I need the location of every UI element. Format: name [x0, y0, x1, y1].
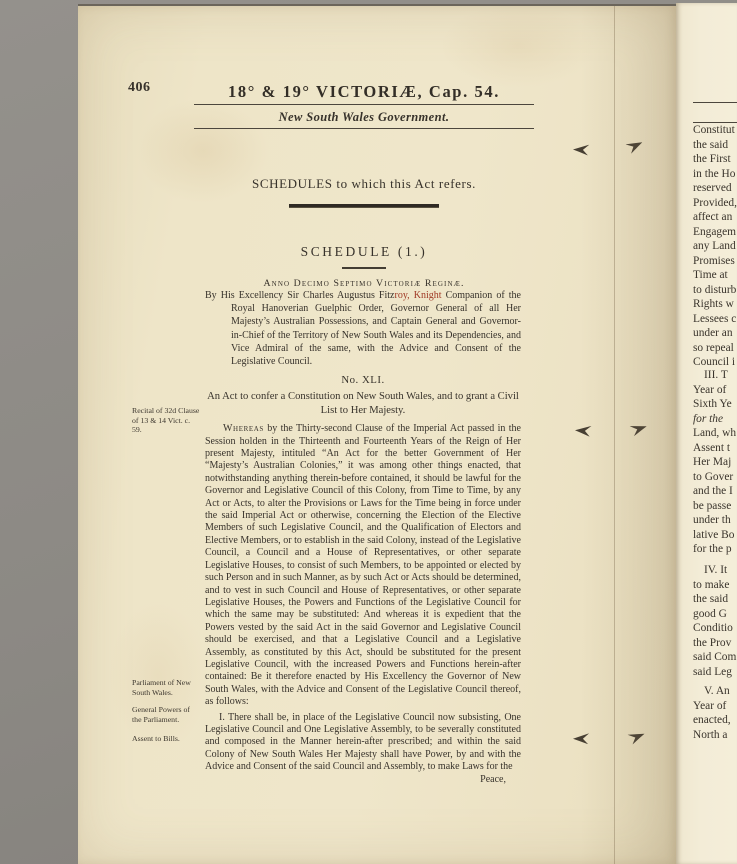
fitzroy-knight-red-text: roy, Knight [394, 290, 441, 301]
right-page-text-line: and the I [693, 484, 737, 499]
catchword: Peace, [205, 774, 521, 786]
page-fold-line [614, 6, 615, 864]
right-page-text-line: Engagem [693, 225, 737, 240]
schedule-heading-rule [342, 267, 386, 269]
left-page: 406 18° & 19° VICTORIÆ, Cap. 54. New Sou… [78, 4, 676, 864]
right-page-text-line: III. T [693, 368, 737, 383]
document-scan: 406 18° & 19° VICTORIÆ, Cap. 54. New Sou… [0, 0, 737, 864]
right-page-text-line: Sixth Ye [693, 397, 737, 412]
schedules-heading: SCHEDULES to which this Act refers. [172, 176, 556, 191]
right-page-text-line: Lessees c [693, 312, 737, 327]
whereas-paragraph: Whereas by the Thirty-second Clause of t… [205, 423, 521, 708]
right-page-text-line: Constitut [693, 123, 737, 138]
right-page-text-line: for the [693, 412, 737, 427]
right-page-text-line: Land, wh [693, 426, 737, 441]
right-page-text-line: the said [693, 592, 737, 607]
recital-margin-note: Recital of 32d Clause of 13 & 14 Vict. c… [132, 406, 200, 435]
right-page-text-line: under th [693, 513, 737, 528]
general-powers-margin-note: General Powers of the Parliament. [132, 705, 200, 724]
ink-mark [627, 728, 646, 745]
right-page-text-line: IV. It [693, 563, 737, 578]
whereas-text: by the Thirty-second Clause of the Imper… [205, 423, 521, 707]
right-page-text-block-3: IV. Itto makethe saidgood GConditiothe P… [693, 563, 737, 679]
ink-mark [630, 421, 649, 437]
whereas-lead-word: Whereas [223, 423, 264, 434]
ink-mark [625, 137, 644, 154]
right-page-text-line: Year of [693, 699, 737, 714]
parliament-margin-note: Parliament of New South Wales. [132, 678, 200, 697]
right-page-text-line: said Com [693, 650, 737, 665]
section-divider-rule [289, 204, 439, 208]
right-page-text-line: the said [693, 138, 737, 153]
right-page-text-line: Her Maj [693, 455, 737, 470]
right-page-text-line: Assent t [693, 441, 737, 456]
right-page-text-line: reserved [693, 181, 737, 196]
right-page-text-line: Time at [693, 268, 737, 283]
right-page-text-line: Promises [693, 254, 737, 269]
right-page-text-line: Provided, [693, 196, 737, 211]
right-page: Constitutthe saidthe Firstin the Horeser… [676, 3, 737, 864]
act-title-line: List to Her Majesty. [205, 404, 521, 418]
act-number: No. XLI. [205, 374, 521, 387]
proclamation-text-start: By His Excellency Sir Charles Augustus F… [205, 290, 394, 301]
right-page-text-block-1: Constitutthe saidthe Firstin the Horeser… [693, 123, 737, 370]
right-page-text-line: affect an [693, 210, 737, 225]
right-page-text-line: Rights w [693, 297, 737, 312]
assent-to-bills-margin-note: Assent to Bills. [132, 734, 200, 744]
right-page-rule-top [693, 102, 737, 103]
right-page-text-line: good G [693, 607, 737, 622]
right-page-text-line: said Leg [693, 665, 737, 680]
ink-mark [573, 733, 589, 745]
right-page-text-line: enacted, [693, 713, 737, 728]
right-page-text-line: so repeal [693, 341, 737, 356]
act-title: An Act to confer a Constitution on New S… [205, 390, 521, 418]
header-rule-top [194, 104, 534, 105]
running-title: 18° & 19° VICTORIÆ, Cap. 54. [172, 82, 556, 101]
right-page-text-line: North a [693, 728, 737, 743]
right-page-text-block-4: V. AnYear ofenacted,North a [693, 684, 737, 742]
heading-column: 18° & 19° VICTORIÆ, Cap. 54. New South W… [172, 82, 556, 290]
right-page-text-line: the First [693, 152, 737, 167]
ink-mark [573, 143, 590, 155]
body-column: By His Excellency Sir Charles Augustus F… [205, 289, 521, 786]
right-page-text-line: any Land [693, 239, 737, 254]
schedule-1-heading: SCHEDULE (1.) [172, 244, 556, 260]
ink-mark [574, 424, 591, 437]
right-page-text-line: to disturb [693, 283, 737, 298]
right-page-text-line: the Prov [693, 636, 737, 651]
act-title-line: An Act to confer a Constitution on New S… [205, 390, 521, 404]
page-number: 406 [128, 80, 151, 96]
proclamation-paragraph: By His Excellency Sir Charles Augustus F… [205, 289, 521, 368]
right-page-text-line: in the Ho [693, 167, 737, 182]
right-page-text-line: for the p [693, 542, 737, 557]
header-rule-bottom [194, 128, 534, 129]
right-page-text-line: Year of [693, 383, 737, 398]
running-subtitle: New South Wales Government. [172, 110, 556, 124]
right-page-text-line: lative Bo [693, 528, 737, 543]
right-page-text-line: to make [693, 578, 737, 593]
right-page-text-block-2: III. TYear ofSixth Yefor theLand, whAsse… [693, 368, 737, 557]
right-page-text-line: be passe [693, 499, 737, 514]
proclamation-text-end: Companion of the Royal Hanoverian Guelph… [231, 290, 521, 367]
right-page-text-line: to Gover [693, 470, 737, 485]
right-page-text-line: under an [693, 326, 737, 341]
right-page-text-line: Conditio [693, 621, 737, 636]
clause-1-paragraph: I. There shall be, in place of the Legis… [205, 712, 521, 774]
right-page-text-line: V. An [693, 684, 737, 699]
